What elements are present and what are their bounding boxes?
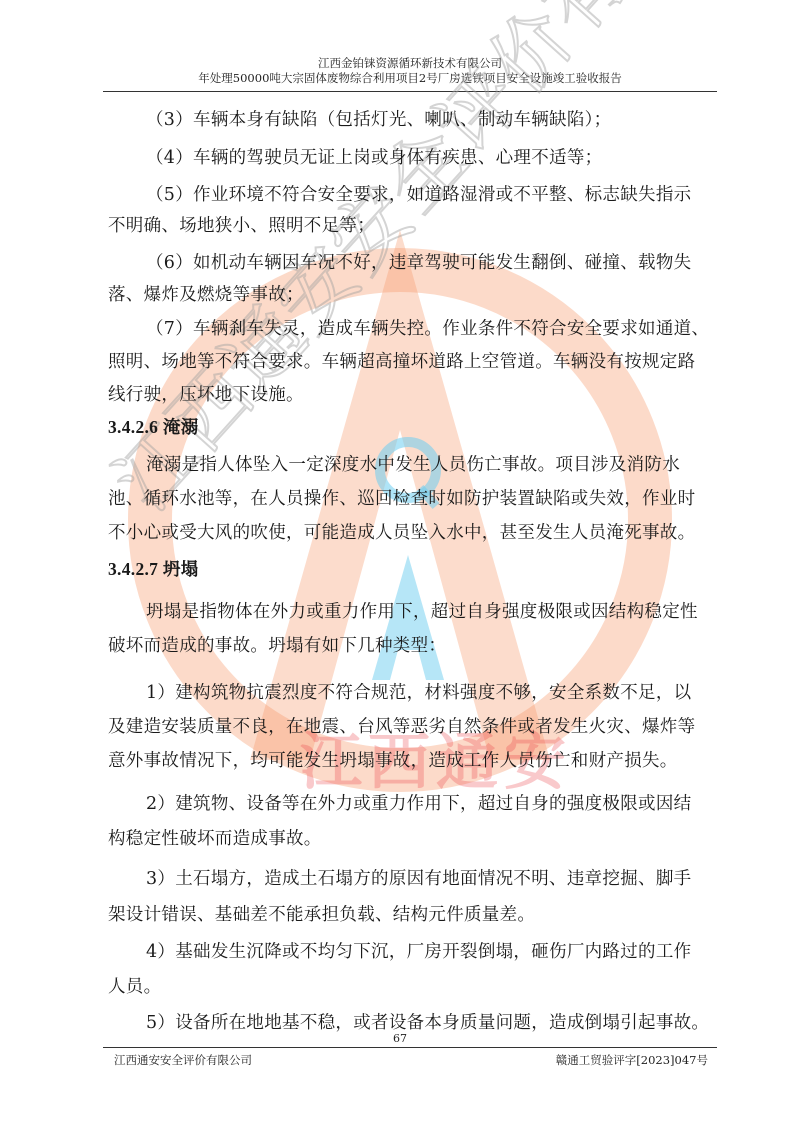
paragraph-line: 破坏而造成的事故。坍塌有如下几种类型： xyxy=(108,632,446,657)
paragraph-line: 5）设备所在地地基不稳，或者设备本身质量问题，造成倒塌引起事故。 xyxy=(146,1009,709,1034)
paragraph-line: （6）如机动车辆因车况不好，违章驾驶可能发生翻倒、碰撞、载物失 xyxy=(146,249,691,274)
paragraph-line: 构稳定性破坏而造成事故。 xyxy=(108,825,322,850)
footer-company: 江西通安安全评价有限公司 xyxy=(114,1052,252,1068)
header-company: 江西金铂铼资源循环新技术有限公司 xyxy=(103,56,717,71)
header-divider xyxy=(103,91,717,92)
paragraph-line: 池、循环水池等，在人员操作、巡回检查时如防护装置缺陷或失效，作业时 xyxy=(108,485,695,510)
section-heading-drowning: 3.4.2.6 淹溺 xyxy=(108,414,199,439)
page-header: 江西金铂铼资源循环新技术有限公司 年处理50000吨大宗固体废物综合利用项目2号… xyxy=(103,56,717,86)
paragraph-line: 及建造安装质量不良，在地震、台风等恶劣自然条件或者发生火灾、爆炸等 xyxy=(108,713,695,738)
paragraph-line: 2）建筑物、设备等在外力或重力作用下，超过自身的强度极限或因结 xyxy=(146,790,691,815)
paragraph-line: 人员。 xyxy=(108,973,161,998)
paragraph-line: （5）作业环境不符合安全要求，如道路湿滑或不平整、标志缺失指示 xyxy=(146,181,691,206)
paragraph-line: 架设计错误、基础差不能承担负载、结构元件质量差。 xyxy=(108,901,535,926)
paragraph-line: 1）建构筑物抗震烈度不符合规范，材料强度不够，安全系数不足，以 xyxy=(146,679,691,704)
paragraph-line: 线行驶，压坏地下设施。 xyxy=(108,381,304,406)
paragraph-line: （3）车辆本身有缺陷（包括灯光、喇叭、制动车辆缺陷）； xyxy=(146,106,611,131)
paragraph-line: 淹溺是指人体坠入一定深度水中发生人员伤亡事故。项目涉及消防水 xyxy=(146,451,680,476)
footer-divider xyxy=(103,1047,717,1048)
paragraph-line: 4）基础发生沉降或不均匀下沉，厂房开裂倒塌，砸伤厂内路过的工作 xyxy=(146,938,691,963)
paragraph-line: 坍塌是指物体在外力或重力作用下，超过自身强度极限或因结构稳定性 xyxy=(146,598,698,623)
section-heading-collapse: 3.4.2.7 坍塌 xyxy=(108,556,199,581)
paragraph-line: 不小心或受大风的吹使，可能造成人员坠入水中，甚至发生人员淹死事故。 xyxy=(108,519,695,544)
paragraph-line: 落、爆炸及燃烧等事故； xyxy=(108,281,304,306)
header-report-title: 年处理50000吨大宗固体废物综合利用项目2号厂房选铁项目安全设施竣工验收报告 xyxy=(103,71,717,86)
paragraph-line: 意外事故情况下，均可能发生坍塌事故，造成工作人员伤亡和财产损失。 xyxy=(108,747,678,772)
footer-report-number: 赣通工贸验评字[2023]047号 xyxy=(556,1052,708,1068)
paragraph-line: （4）车辆的驾驶员无证上岗或身体有疾患、心理不适等； xyxy=(146,144,602,169)
document-page: 江西通安 江西通安安全评价有限公司 江西金铂铼资源循环新技术有限公司 年处理50… xyxy=(0,0,800,1131)
paragraph-line: （7）车辆刹车失灵，造成车辆失控。作业条件不符合安全要求如通道、 xyxy=(146,315,709,340)
paragraph-line: 3）土石塌方，造成土石塌方的原因有地面情况不明、违章挖掘、脚手 xyxy=(146,865,691,890)
paragraph-line: 不明确、场地狭小、照明不足等； xyxy=(108,212,375,237)
paragraph-line: 照明、场地等不符合要求。车辆超高撞坏道路上空管道。车辆没有按规定路 xyxy=(108,348,695,373)
